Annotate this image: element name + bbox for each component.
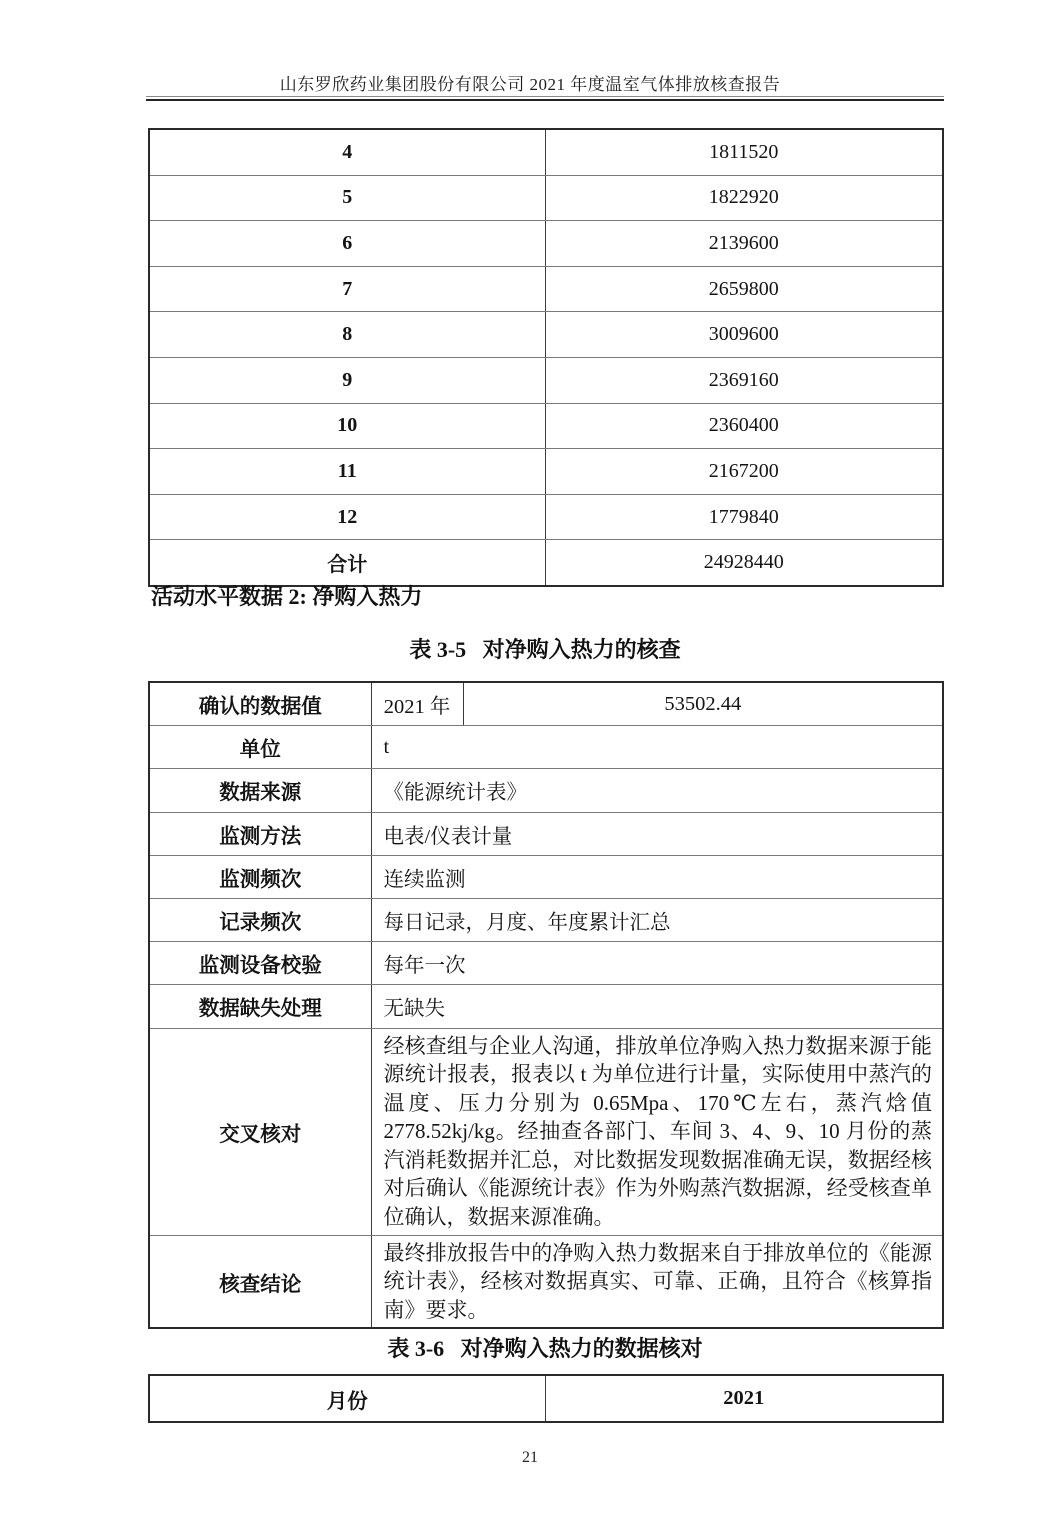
report-page: 山东罗欣药业集团股份有限公司 2021 年度温室气体排放核查报告 4 18115…	[0, 0, 1060, 1522]
row-label: 交叉核对	[149, 1028, 371, 1235]
row-value: 每年一次	[371, 942, 943, 985]
year-cell: 2021 年	[371, 682, 463, 726]
month-cell: 5	[149, 175, 545, 221]
value-cell: 2360400	[545, 403, 943, 449]
table-row: 5 1822920	[149, 175, 943, 221]
confirmed-value-cell: 53502.44	[463, 682, 943, 726]
cross-check-row: 交叉核对 经核查组与企业人沟通，排放单位净购入热力数据来源于能源统计报表，报表以…	[149, 1028, 943, 1235]
table-row: 7 2659800	[149, 266, 943, 312]
header-row: 月份 2021	[149, 1375, 943, 1422]
value-cell: 1811520	[545, 129, 943, 175]
year-header-cell: 2021	[545, 1375, 943, 1422]
month-cell: 11	[149, 449, 545, 495]
table-row: 单位 t	[149, 726, 943, 769]
value-cell: 1822920	[545, 175, 943, 221]
month-cell: 6	[149, 221, 545, 267]
row-value: 连续监测	[371, 855, 943, 898]
value-cell: 3009600	[545, 312, 943, 358]
conclusion-text: 最终排放报告中的净购入热力数据来自于排放单位的《能源统计表》，经核对数据真实、可…	[371, 1235, 943, 1328]
section-heading: 活动水平数据 2: 净购入热力	[151, 580, 422, 611]
value-cell: 24928440	[545, 540, 943, 586]
row-label: 数据来源	[149, 769, 371, 812]
row-label: 监测方法	[149, 812, 371, 855]
table-3-6-title: 表 3-6 对净购入热力的数据核对	[148, 1332, 942, 1363]
table-row: 12 1779840	[149, 494, 943, 540]
month-cell: 9	[149, 357, 545, 403]
row-label: 监测设备校验	[149, 942, 371, 985]
conclusion-row: 核查结论 最终排放报告中的净购入热力数据来自于排放单位的《能源统计表》，经核对数…	[149, 1235, 943, 1328]
page-number: 21	[0, 1449, 1060, 1467]
value-cell: 2139600	[545, 221, 943, 267]
value-cell: 2167200	[545, 449, 943, 495]
table-row: 6 2139600	[149, 221, 943, 267]
month-cell: 8	[149, 312, 545, 358]
table-row: 4 1811520	[149, 129, 943, 175]
row-value: 《能源统计表》	[371, 769, 943, 812]
row-label: 单位	[149, 726, 371, 769]
header-rule	[146, 96, 944, 101]
row-value: 电表/仪表计量	[371, 812, 943, 855]
table-row: 记录频次 每日记录，月度、年度累计汇总	[149, 898, 943, 941]
value-cell: 1779840	[545, 494, 943, 540]
document-header: 山东罗欣药业集团股份有限公司 2021 年度温室气体排放核查报告	[0, 70, 1060, 95]
row-value: 无缺失	[371, 985, 943, 1028]
table-row: 10 2360400	[149, 403, 943, 449]
row-value: t	[371, 726, 943, 769]
month-cell: 4	[149, 129, 545, 175]
table-row: 监测设备校验 每年一次	[149, 942, 943, 985]
confirmed-value-row: 确认的数据值 2021 年 53502.44	[149, 682, 943, 726]
heat-data-check-table: 月份 2021	[148, 1374, 944, 1423]
table-3-5-title: 表 3-5 对净购入热力的核查	[148, 633, 942, 664]
table-row: 数据来源 《能源统计表》	[149, 769, 943, 812]
table-row: 11 2167200	[149, 449, 943, 495]
heat-verification-table: 确认的数据值 2021 年 53502.44 单位 t 数据来源 《能源统计表》…	[148, 681, 944, 1329]
table-row: 9 2369160	[149, 357, 943, 403]
month-cell: 10	[149, 403, 545, 449]
row-label: 核查结论	[149, 1235, 371, 1328]
month-cell: 12	[149, 494, 545, 540]
value-cell: 2659800	[545, 266, 943, 312]
month-cell: 7	[149, 266, 545, 312]
table-row: 8 3009600	[149, 312, 943, 358]
cross-check-text: 经核查组与企业人沟通，排放单位净购入热力数据来源于能源统计报表，报表以 t 为单…	[371, 1028, 943, 1235]
table-row: 监测频次 连续监测	[149, 855, 943, 898]
row-value: 每日记录，月度、年度累计汇总	[371, 898, 943, 941]
table-row: 监测方法 电表/仪表计量	[149, 812, 943, 855]
monthly-heat-data-table: 4 1811520 5 1822920 6 2139600 7 2659800	[148, 128, 944, 587]
row-label: 监测频次	[149, 855, 371, 898]
value-cell: 2369160	[545, 357, 943, 403]
row-label: 数据缺失处理	[149, 985, 371, 1028]
row-label: 记录频次	[149, 898, 371, 941]
row-label: 确认的数据值	[149, 682, 371, 726]
table-row: 数据缺失处理 无缺失	[149, 985, 943, 1028]
month-header-cell: 月份	[149, 1375, 545, 1422]
